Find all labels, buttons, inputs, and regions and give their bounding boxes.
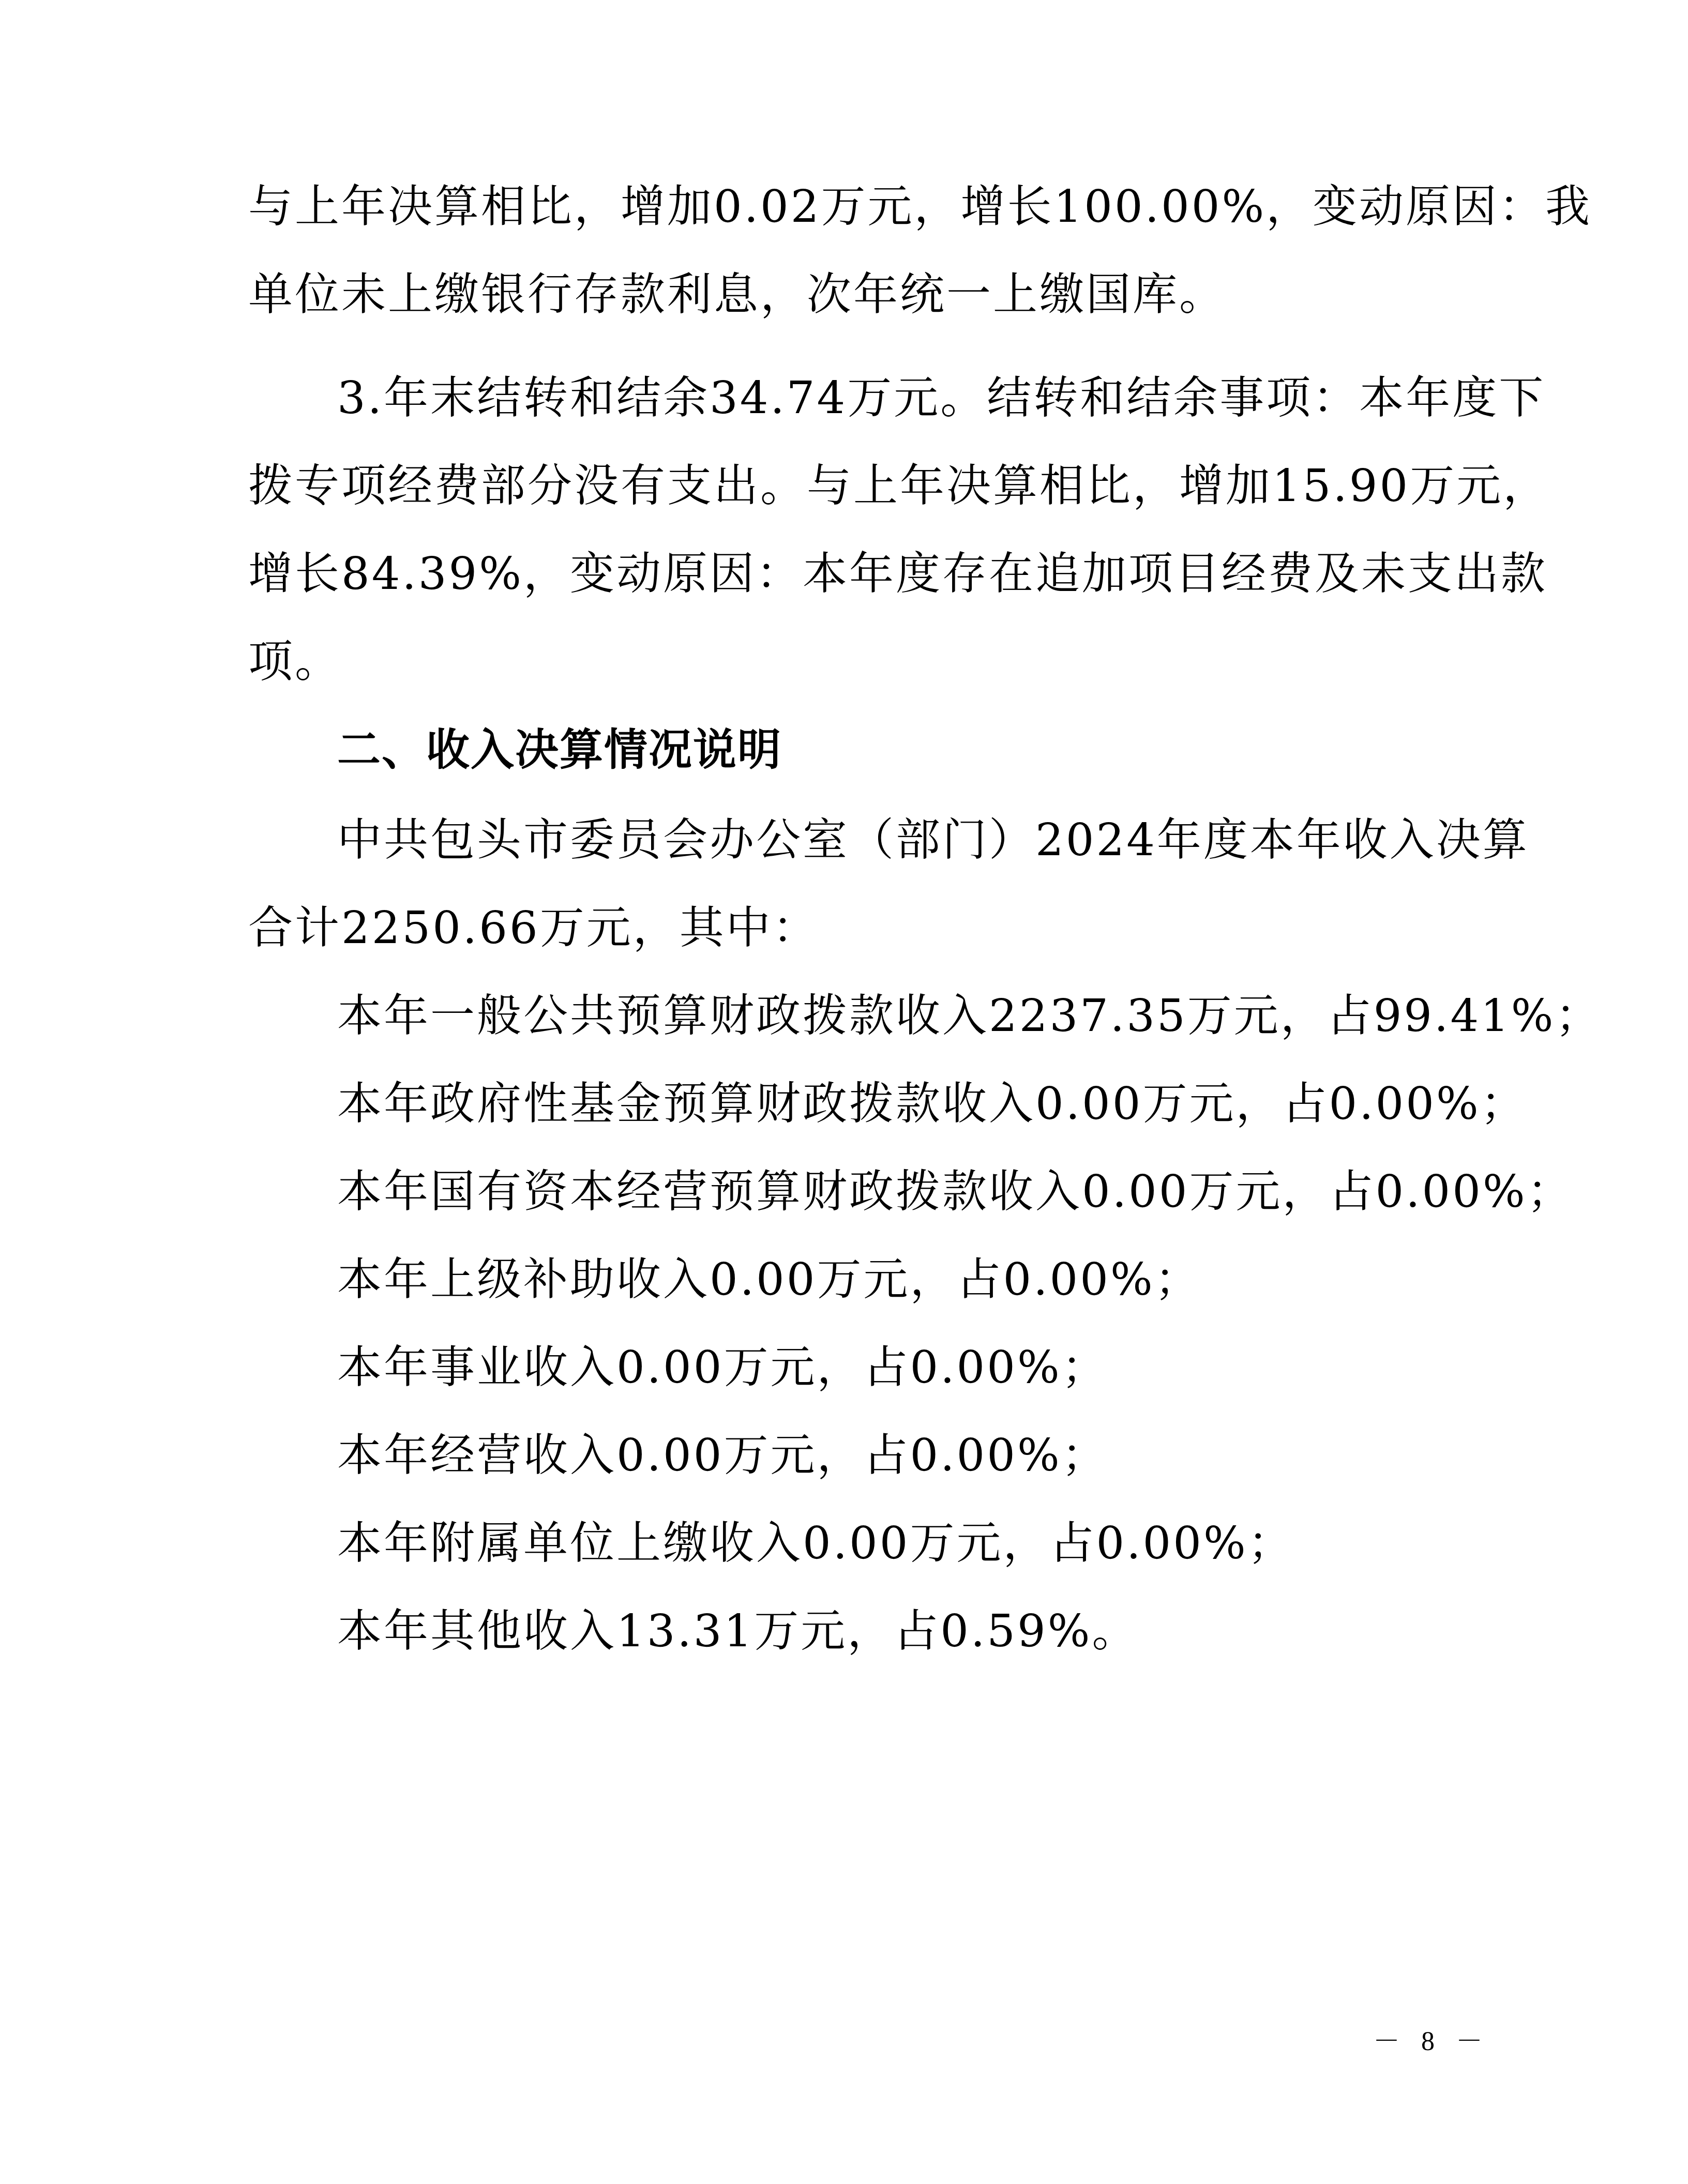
paragraph-line: 单位未上缴银行存款利息，次年统一上缴国库。 [248,266,1226,323]
income-item: 本年事业收入0.00万元，占0.00%； [337,1339,1108,1396]
income-item: 本年其他收入13.31万元，占0.59%。 [337,1603,1138,1660]
paragraph-line: 中共包头市委员会办公室（部门）2024年度本年收入决算 [337,812,1529,869]
paragraph-line: 与上年决算相比，增加0.02万元，增长100.00%，变动原因：我 [248,178,1592,235]
income-item: 本年上级补助收入0.00万元，占0.00%； [337,1251,1201,1308]
paragraph-line: 3.年末结转和结余34.74万元。结转和结余事项：本年度下 [337,370,1545,427]
income-item: 本年国有资本经营预算财政拨款收入0.00万元，占0.00%； [337,1163,1574,1220]
paragraph-line: 拨专项经费部分没有支出。与上年决算相比，增加15.90万元， [248,458,1549,514]
income-item: 本年经营收入0.00万元，占0.00%； [337,1427,1108,1484]
page-number: － 8 － [1373,2019,1490,2058]
section-heading: 二、收入决算情况说明 [337,721,782,778]
paragraph-line: 增长84.39%，变动原因：本年度存在追加项目经费及未支出款 [248,545,1547,602]
income-item: 本年附属单位上缴收入0.00万元，占0.00%； [337,1515,1294,1572]
paragraph-line: 合计2250.66万元，其中： [248,900,819,957]
income-item: 本年一般公共预算财政拨款收入2237.35万元，占99.41%； [337,988,1602,1044]
income-item: 本年政府性基金预算财政拨款收入0.00万元，占0.00%； [337,1075,1527,1132]
paragraph-line: 项。 [248,633,341,690]
